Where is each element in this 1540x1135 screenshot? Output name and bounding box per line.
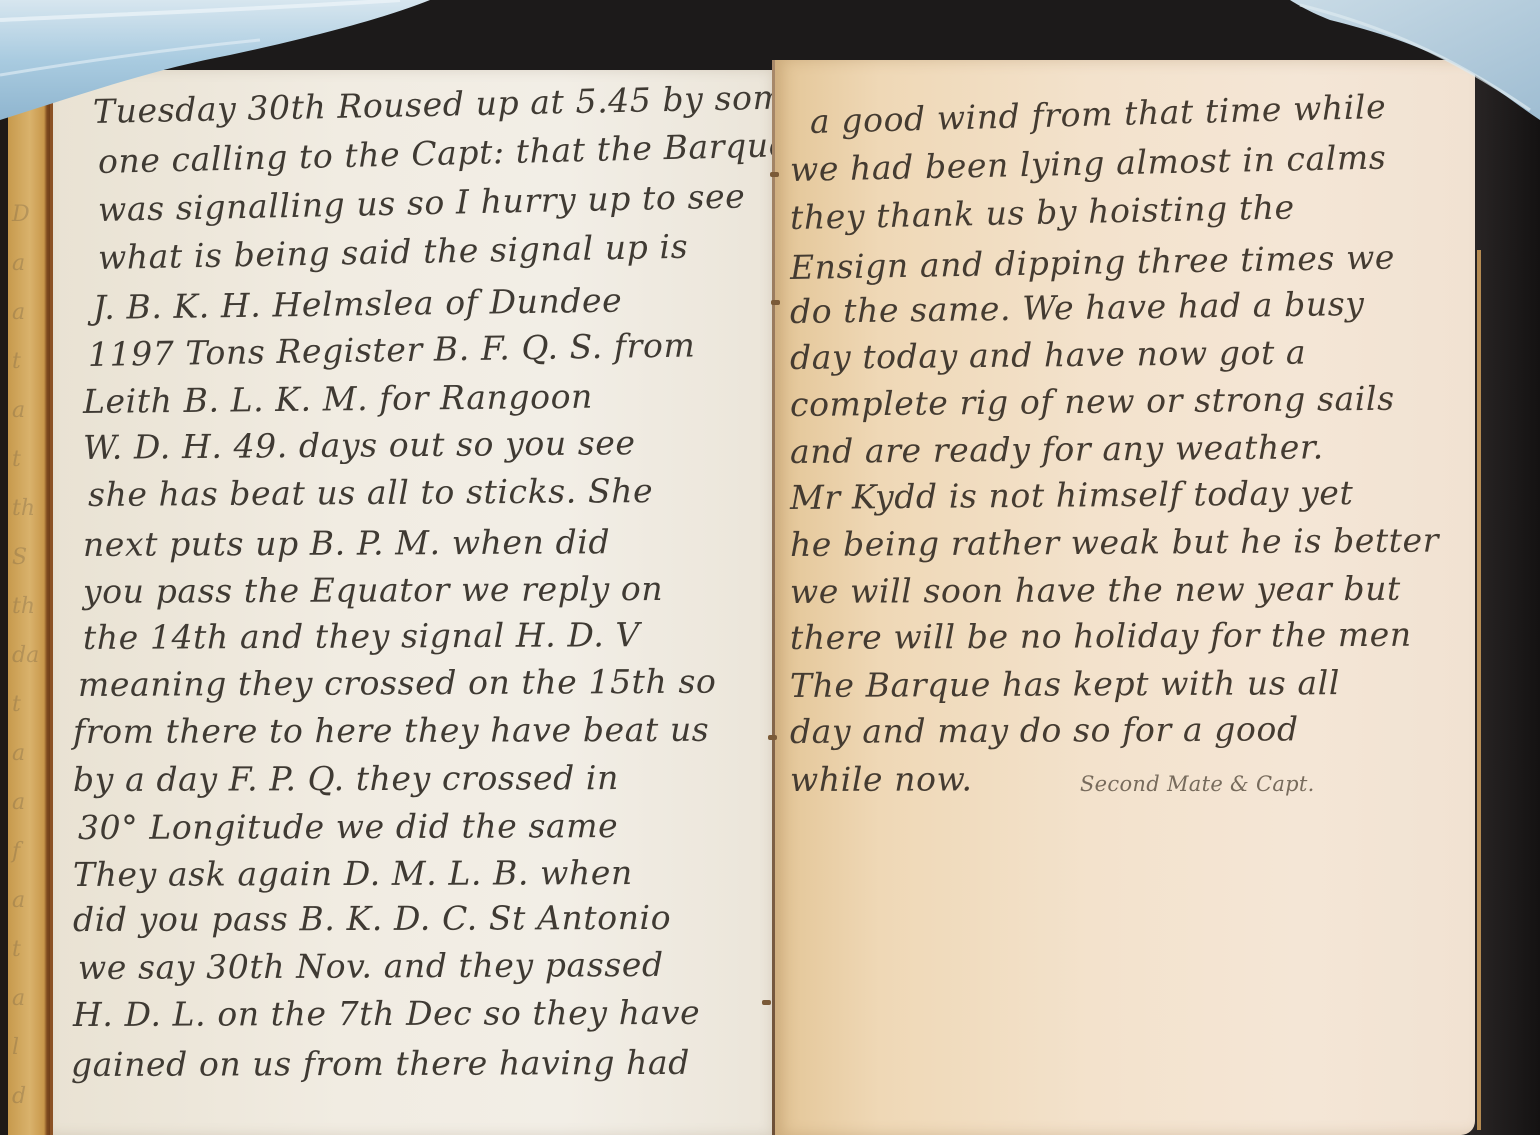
right-page-edge — [1477, 250, 1481, 1130]
ghost-letter: a — [12, 386, 46, 435]
notebook-photo: DaatatthSthdataafatald Tuesday 30th Rous… — [0, 0, 1540, 1135]
ghost-letter: f — [12, 827, 46, 876]
ghost-letter: th — [12, 484, 46, 533]
handwritten-line: Ensign and dipping three times we — [790, 237, 1396, 287]
left-page: Tuesday 30th Roused up at 5.45 by someon… — [50, 70, 778, 1135]
handwritten-line: the 14th and they signal H. D. V — [83, 615, 640, 657]
ghost-letter: a — [12, 239, 46, 288]
signature: Second Mate & Capt. — [1080, 772, 1315, 796]
ghost-margin-text: DaatatthSthdataafatald — [12, 190, 46, 1121]
handwritten-line: by a day F. P. Q. they crossed in — [73, 758, 619, 799]
handwritten-line: did you pass B. K. D. C. St Antonio — [73, 898, 671, 939]
underlying-page-edges: DaatatthSthdataafatald — [0, 80, 52, 1135]
ghost-letter: S — [12, 533, 46, 582]
handwritten-line: 1197 Tons Register B. F. Q. S. from — [88, 325, 696, 374]
handwritten-line: while now. — [790, 759, 973, 799]
ghost-letter: t — [12, 925, 46, 974]
right-page: a good wind from that time whilewe had b… — [775, 60, 1475, 1135]
handwritten-line: we say 30th Nov. and they passed — [78, 945, 664, 987]
handwritten-line: day today and have now got a — [790, 333, 1307, 377]
handwritten-line: The Barque has kept with us all — [790, 663, 1340, 705]
handwritten-line: next puts up B. P. M. when did — [83, 522, 610, 564]
satin-ribbon — [0, 0, 1540, 130]
handwritten-line: they thank us by hoisting the — [790, 187, 1295, 237]
handwritten-line: complete rig of new or strong sails — [790, 379, 1395, 424]
handwritten-line: Leith B. L. K. M. for Rangoon — [83, 377, 593, 421]
handwritten-line: from there to here they have beat us — [73, 710, 709, 751]
ghost-letter: l — [12, 1023, 46, 1072]
ghost-letter: da — [12, 631, 46, 680]
handwritten-line: W. D. H. 49. days out so you see — [83, 423, 636, 467]
handwritten-line: what is being said the signal up is — [98, 227, 689, 277]
handwritten-line: we will soon have the new year but — [790, 569, 1401, 611]
handwritten-line: she has beat us all to sticks. She — [88, 471, 653, 514]
handwritten-line: J. B. K. H. Helmslea of Dundee — [93, 281, 623, 327]
ghost-letter: d — [12, 1072, 46, 1121]
handwritten-line: he being rather weak but he is better — [790, 520, 1439, 564]
binding-stitch — [770, 172, 779, 177]
handwritten-line: H. D. L. on the 7th Dec so they have — [73, 993, 700, 1034]
ghost-letter: a — [12, 288, 46, 337]
handwritten-line: gained on us from there having had — [71, 1043, 690, 1084]
handwritten-line: day and may do so for a good — [790, 709, 1299, 751]
handwritten-line: They ask again D. M. L. B. when — [73, 853, 633, 894]
binding-stitch — [762, 1000, 771, 1005]
handwritten-line: 30° Longitude we did the same — [78, 806, 618, 847]
ghost-letter: a — [12, 876, 46, 925]
binding-stitch — [771, 300, 780, 305]
ghost-letter: a — [12, 974, 46, 1023]
binding-stitch — [768, 735, 777, 740]
handwritten-line: do the same. We have had a busy — [790, 284, 1365, 331]
ghost-letter: t — [12, 337, 46, 386]
handwritten-line: meaning they crossed on the 15th so — [78, 662, 717, 704]
ghost-letter: D — [12, 190, 46, 239]
handwritten-line: we had been lying almost in calms — [790, 138, 1387, 189]
ghost-letter: t — [12, 680, 46, 729]
ghost-letter: a — [12, 729, 46, 778]
handwritten-line: Mr Kydd is not himself today yet — [790, 473, 1354, 517]
ghost-letter: th — [12, 582, 46, 631]
book-spine — [772, 60, 775, 1135]
ghost-letter: t — [12, 435, 46, 484]
handwritten-line: and are ready for any weather. — [790, 427, 1324, 471]
handwritten-line: there will be no holiday for the men — [790, 615, 1412, 657]
handwritten-line: one calling to the Capt: that the Barque — [98, 125, 790, 181]
ghost-letter: a — [12, 778, 46, 827]
handwritten-line: you pass the Equator we reply on — [83, 569, 663, 611]
handwritten-line: was signalling us so I hurry up to see — [98, 176, 746, 229]
